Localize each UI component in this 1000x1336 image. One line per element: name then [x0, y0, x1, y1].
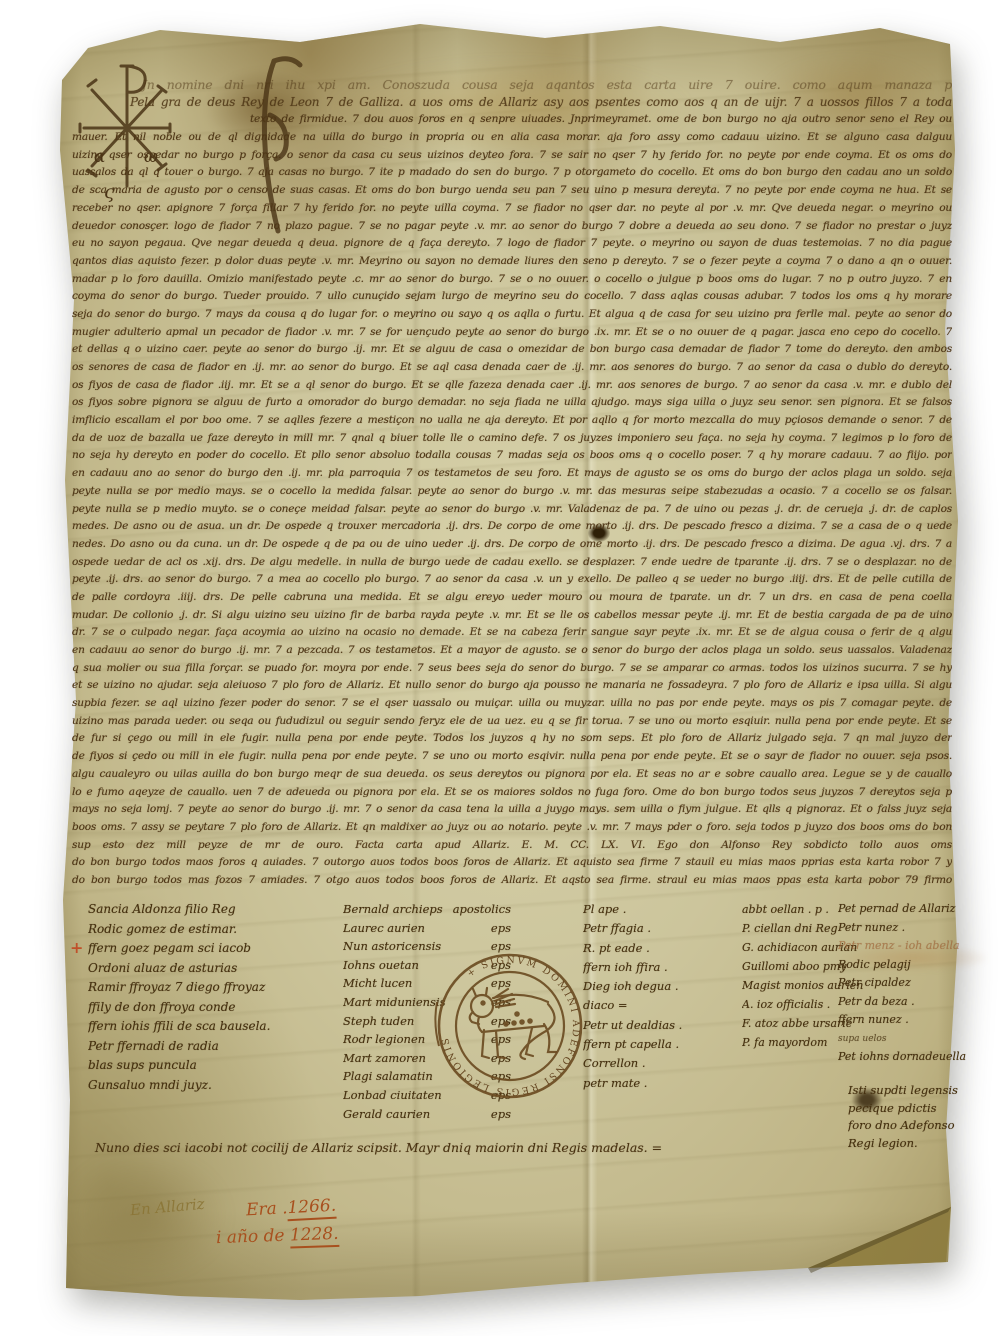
allariz-signature: ffern nunez . [838, 1011, 993, 1030]
bishop-signature: Bernald archieps apostolics [343, 900, 511, 919]
charter-text-line: et se uizino no ajudar. seja aleiuoso 7 … [72, 677, 952, 695]
archival-year-note: i año de 1228. [216, 1224, 339, 1248]
clergy-signature: Correllon . [583, 1054, 733, 1073]
witness-signature: Rodic gomez de estimar. [88, 920, 338, 940]
seal-lion-drawing [470, 988, 556, 1059]
bishop-name: Rodr legionen [343, 1030, 425, 1049]
charter-text-line: de sca maria de agusto por o censo de su… [72, 182, 952, 200]
charter-text-line: Jn nomine dni nri ihu xpi am. Conoszuda … [72, 76, 952, 94]
charter-text-line: boos oms. 7 assy se peytare 7 plo foro d… [72, 819, 952, 837]
charter-text-line: uassalos da ql q touer o burgo. 7 aja ca… [72, 164, 952, 182]
charter-text-line: deuedor conosçer. logo de fiador 7 no pl… [72, 218, 952, 236]
allariz-signature: Petr da beza . [838, 993, 993, 1012]
bishop-title-abbrev: eps [491, 919, 511, 938]
petition-note-line: Regi legion. [848, 1135, 988, 1153]
notary-subscription-line: Nuno dies sci iacobi not cocilij de Alla… [95, 1140, 715, 1155]
charter-text-line: en cadauu ano ao senor do burgo den .ij.… [72, 465, 952, 483]
bishop-name: Bernald archieps [343, 900, 443, 919]
clergy-signature: petr mate . [583, 1074, 733, 1093]
charter-text-line: peyte nulla se por medio mays. se o coce… [72, 483, 952, 501]
charter-text-line: lo e fumo aqeyze de cauallo. uen 7 de ad… [72, 784, 952, 802]
bishop-name: Micht lucen [343, 974, 412, 993]
witness-signature: Gunsaluo mndi juyz. [88, 1076, 338, 1096]
bishop-name: Mart zamoren [343, 1049, 426, 1068]
clergy-signature: Petr ffagia . [583, 919, 733, 938]
clergy-signature: R. pt eade . [583, 939, 733, 958]
charter-text-line: receber no qser. apignore 7 força fillar… [72, 200, 952, 218]
clergy-signature: Pl ape . [583, 900, 733, 919]
charter-text-line: Pela gra de deus Rey de Leon 7 de Galliz… [72, 94, 952, 112]
allariz-signature: Petr cipaldez [838, 974, 993, 993]
clergy-signature: Petr ut dealdias . [583, 1016, 733, 1035]
charter-text-line: ospede uedar de acl os .xij. drs. De alg… [72, 554, 952, 572]
allariz-signature: Petr nunez . [838, 919, 993, 938]
era-number: 1266. [287, 1196, 337, 1222]
charter-text-line: supbia fezer. se aql uizino fezer poder … [72, 695, 952, 713]
bishop-name: Plagi salamatin [343, 1067, 433, 1086]
bishop-signature: Laurec aurien eps [343, 919, 511, 938]
royal-seal: + SIGNVM DOMINI ADEFONSI REGIS LEGIONIS [425, 940, 595, 1115]
charter-text-line: uizino mas parada ueder. ou seqa ou fudu… [72, 713, 952, 731]
charter-text-line: os fiyos de casa de fiador .iij. mr. Et … [72, 377, 952, 395]
allariz-signature: Petr menz - ioh abella [838, 937, 993, 956]
charter-text-line: q sua molier ou sua filla forçar. se pua… [72, 660, 952, 678]
petition-note-line: pecique pdictis [848, 1100, 988, 1118]
clergy-column: Pl ape .Petr ffagia .R. pt eade .ffern i… [583, 900, 733, 1093]
charter-text-line: medes. De asno ou de asua. un dr. De osp… [72, 518, 952, 536]
witness-column: Sancia Aldonza filio RegRodic gomez de e… [88, 900, 338, 1095]
charter-text-line: do bon burgo todos mas fozos 7 amiades. … [72, 872, 952, 890]
red-margin-cross: + [70, 938, 83, 957]
charter-text-line: eu no sayon pegaua. Qve negar deueda q d… [72, 235, 952, 253]
witness-signature: Sancia Aldonza filio Reg [88, 900, 338, 920]
charter-text-line: peyte nulla se p medio muyto. se o coneç… [72, 501, 952, 519]
charter-text-line: da de uoz de bazalla ue faze dereyto in … [72, 430, 952, 448]
allariz-signature: Rodic pelagij [838, 956, 993, 975]
charter-text-line: peyte .ij. drs. ao senor do burgo. 7 a m… [72, 571, 952, 589]
allariz-signature: Pet pernad de Allariz [838, 900, 993, 919]
charter-text-line: seja do senor do burgo. 7 mays da cousa … [72, 306, 952, 324]
charter-text-line: algu caualeyro ou uilas auilla do bon bu… [72, 766, 952, 784]
bishop-name: Steph tuden [343, 1012, 414, 1031]
era-prefix: Era . [246, 1198, 288, 1220]
allariz-signature: Pet iohns dornadeuella [838, 1048, 993, 1067]
witness-signature: Ramir ffroyaz 7 diego ffroyaz [88, 978, 338, 998]
witness-signature: ffern iohis ffili de sca bausela. [88, 1017, 338, 1037]
clergy-signature: diaco = [583, 996, 733, 1015]
charter-text-line: en cadauu ao senor do burgo .ij. mr. 7 a… [72, 642, 952, 660]
bishop-name: Laurec aurien [343, 919, 425, 938]
charter-text-line: texto de firmidue. 7 dou auos foros en q… [72, 111, 952, 129]
charter-text-line: os senores de casa de fiador en .ij. mr.… [72, 359, 952, 377]
clergy-signature: ffern ioh ffira . [583, 958, 733, 977]
charter-text-line: mauer. Et nil noble ou de ql dignidade n… [72, 129, 952, 147]
petition-note-block: Isti supdti legensispecique pdictisforo … [848, 1082, 988, 1152]
charter-text-line: de fur si çego ou mill in ele fugir. nul… [72, 730, 952, 748]
bishop-name: Gerald caurien [343, 1105, 430, 1124]
petition-note-line: Isti supdti legensis [848, 1082, 988, 1100]
photo-of-medieval-charter: α ω ς Jn nomine dni nri ihu xpi am. Cono… [0, 0, 1000, 1336]
charter-text-line: et dellas q o uizino caer. peyte ao seno… [72, 341, 952, 359]
charter-text-line: mays no seja lomj. 7 peyte ao senor do b… [72, 801, 952, 819]
year-prefix: i año de [216, 1226, 291, 1249]
charter-text-line: imflicio escallam el por boo ome. 7 se a… [72, 412, 952, 430]
charter-text-line: os fiyos sobre pignora se alguu de furto… [72, 394, 952, 412]
charter-text-line: coyma do senor do burgo. Tueder prouido.… [72, 288, 952, 306]
charter-text-line: madar p lo foro dauilla. Omizio manifest… [72, 271, 952, 289]
charter-text-line: do bon burgo todos maos foros q auiades.… [72, 854, 952, 872]
clergy-signature: Dieg ioh degua . [583, 977, 733, 996]
allariz-signature: supa uelos [838, 1030, 993, 1049]
charter-text-line: uizino qser ospedar no burgo p força. o … [72, 147, 952, 165]
witness-signature: ffily de don ffroya conde [88, 998, 338, 1018]
charter-text-line: dr. 7 se o culpado negar. faça acoymia a… [72, 624, 952, 642]
allariz-men-column: Pet pernad de AllarizPetr nunez .Petr me… [838, 900, 993, 1067]
charter-text-line: qantos dias aquisto fezer. p dolor duas … [72, 253, 952, 271]
petition-note-line: foro dno Adefonso [848, 1117, 988, 1135]
charter-text-line: nedes. Do asno ou da cuna. un dr. De osp… [72, 536, 952, 554]
witness-signature: ffern goez pegam sci iacob [88, 939, 338, 959]
bishop-name: Iohns ouetan [343, 956, 419, 975]
clergy-signature: ffern pt capella . [583, 1035, 733, 1054]
bishop-title-abbrev: apostolics [453, 900, 511, 919]
charter-text-line: mudar. De collonio .j. dr. Si algu uizin… [72, 607, 952, 625]
archival-era-note: Era .1266. [246, 1196, 337, 1221]
year-number: 1228. [290, 1224, 339, 1249]
witness-signature: Ordoni aluaz de asturias [88, 959, 338, 979]
charter-text-line: no seja hy dereyto en poder do cocello. … [72, 447, 952, 465]
witness-signature: blas sups puncula [88, 1056, 338, 1076]
charter-body-text: Jn nomine dni nri ihu xpi am. Conoszuda … [72, 76, 952, 890]
charter-text-line: sup esto dez mill peyze de mr de ouro. F… [72, 837, 952, 855]
charter-text-line: de palle cordoyra .iiij. drs. De pelle c… [72, 589, 952, 607]
witness-signature: Petr ffernadi de radia [88, 1037, 338, 1057]
charter-text-line: mugier adulterio apmal un pecador de fia… [72, 324, 952, 342]
charter-text-line: de fiyos si çedo ou mill in ele fugir. n… [72, 748, 952, 766]
